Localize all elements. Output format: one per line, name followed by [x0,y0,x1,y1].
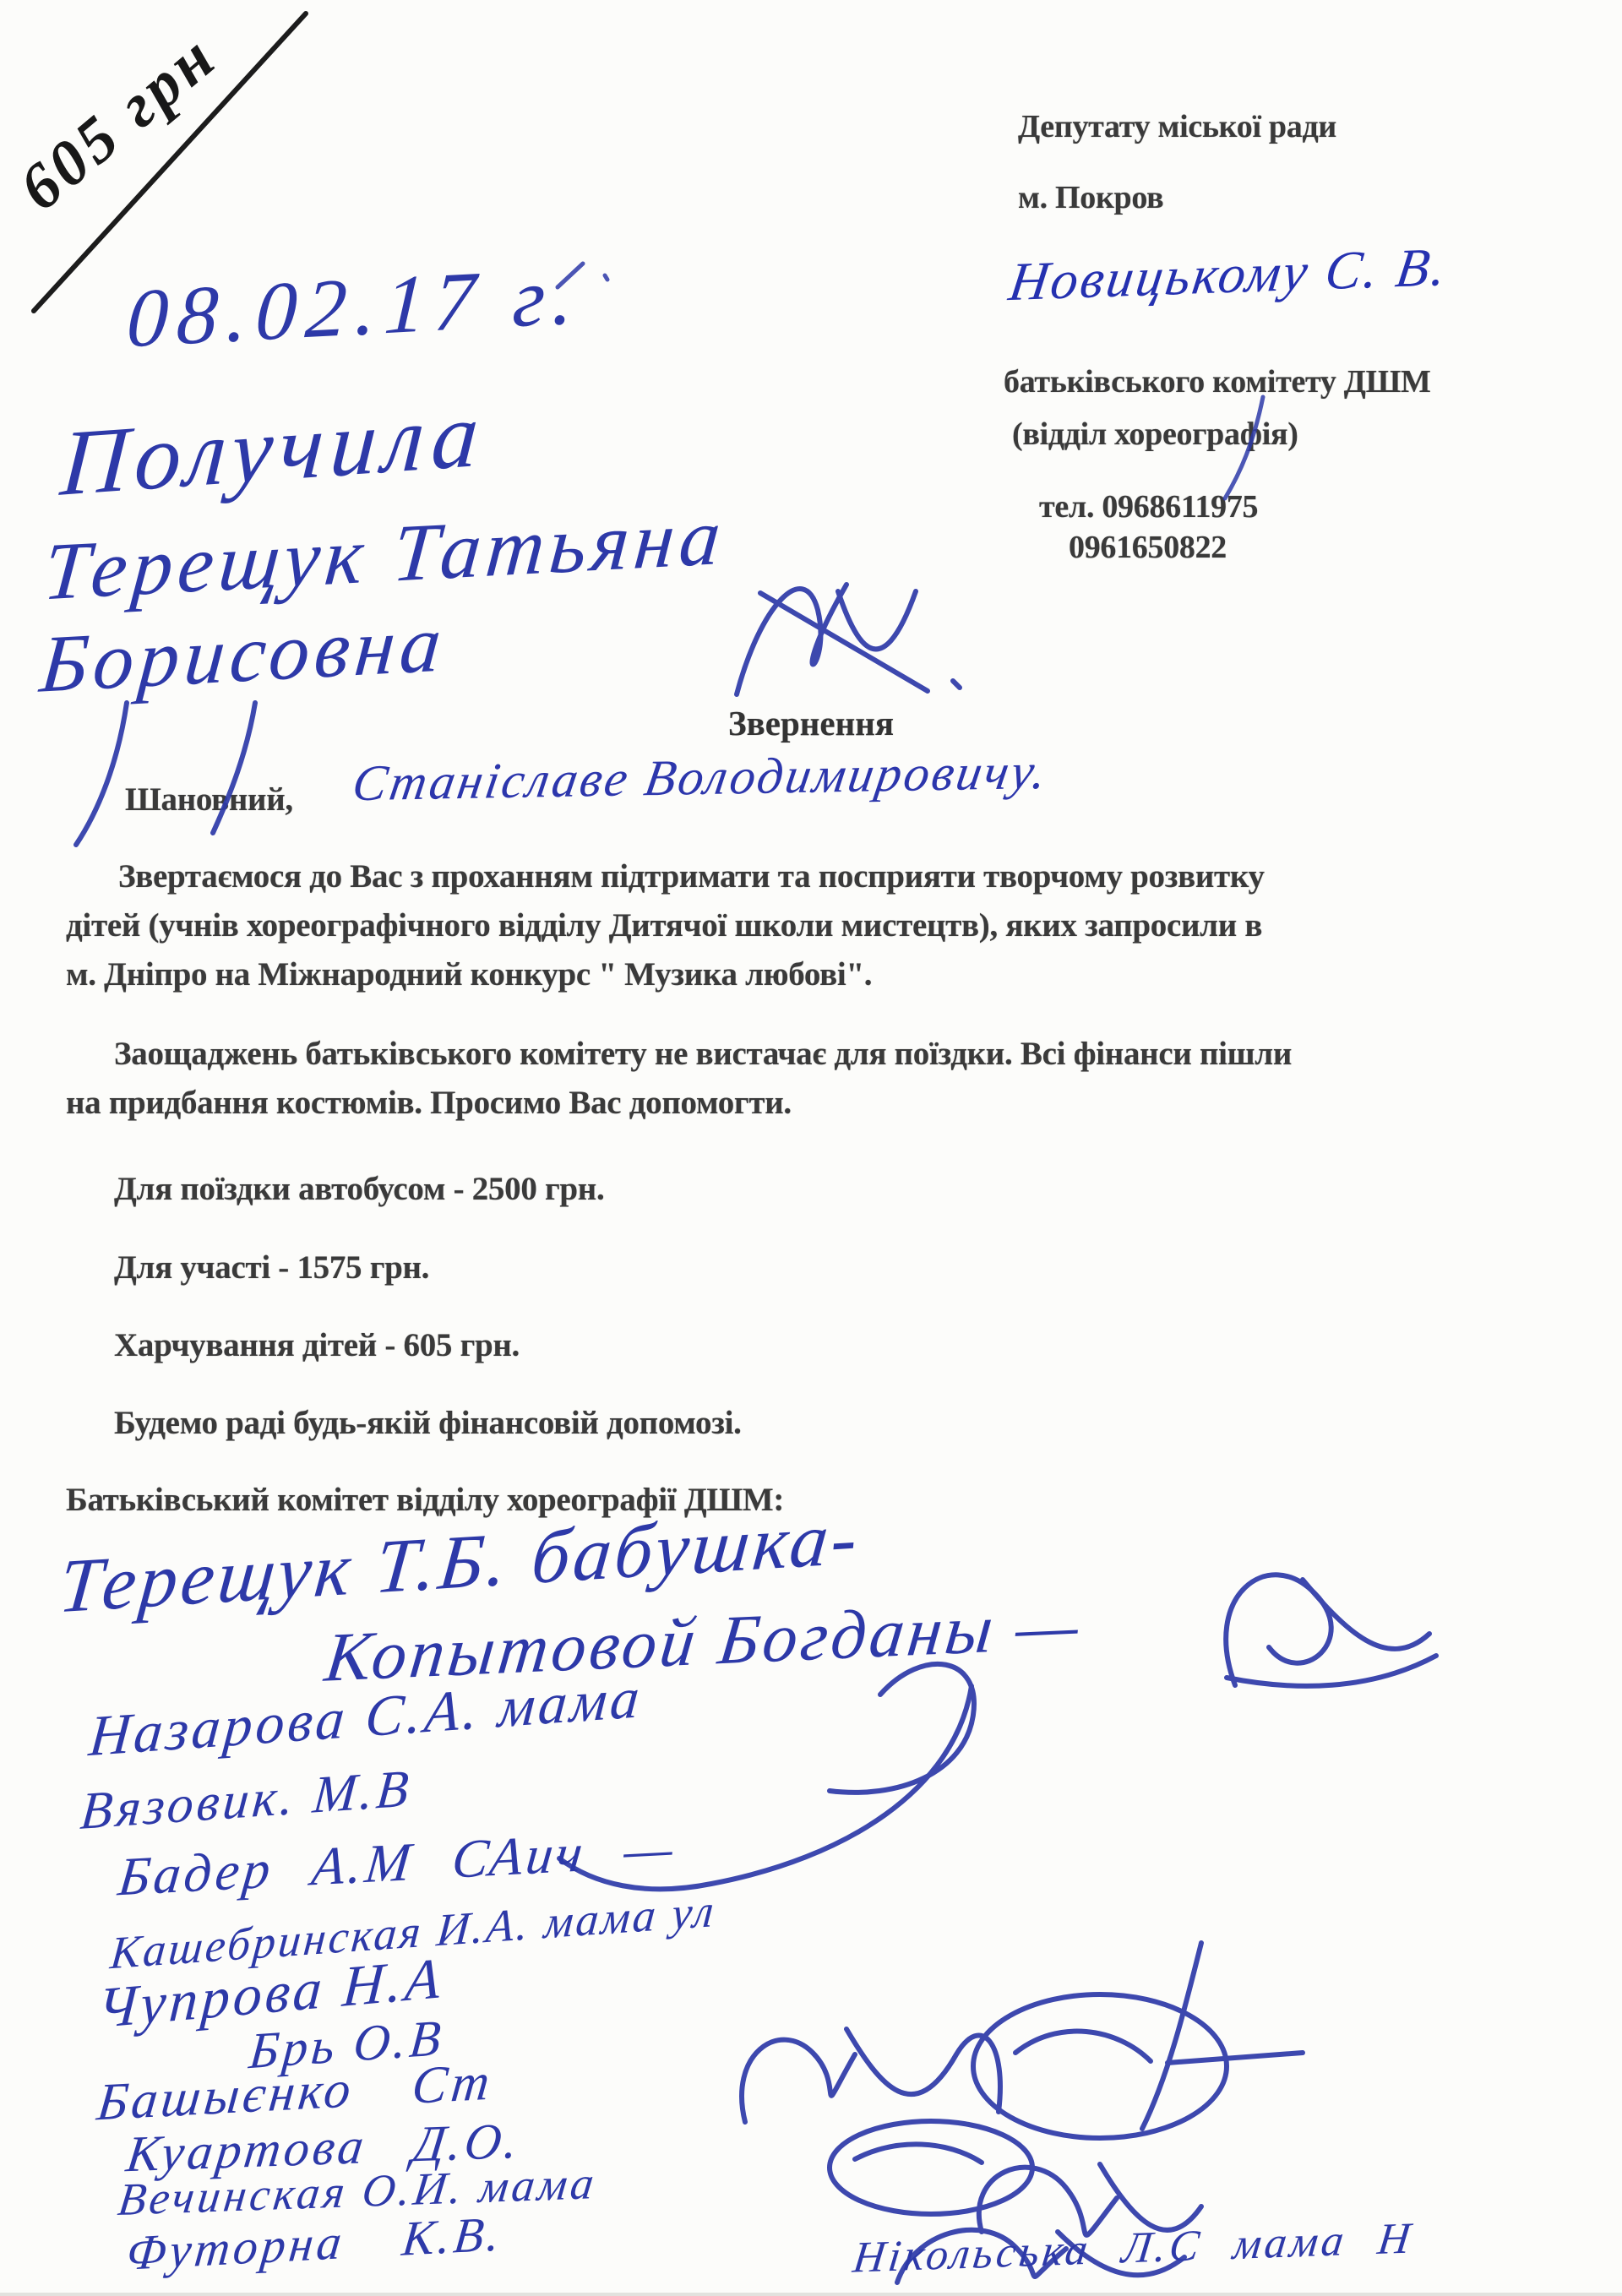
document-title: Звернення [0,703,1622,743]
recipient-phone-1: тел. 0968611975 [1039,488,1258,525]
paraph-row9 [742,2040,855,2122]
recipient-handwritten-name: Новицькому С. В. [1005,236,1452,314]
recipient-phone-2: 0961650822 [1069,529,1227,566]
cost-item-participation: Для участі - 1575 грн. [114,1249,429,1287]
receipt-line-received: Получила [57,380,489,518]
recipient-line-department: (відділ хореографія) [1012,416,1298,453]
paraph-row2 [1226,1575,1331,1685]
paraph-circled-row10 [830,2121,1032,2214]
paragraph1-line1: Звертаємося до Вас з проханням підтримат… [118,857,1265,895]
paragraph1-line2: дітей (учнів хореографічного відділу Дит… [66,906,1262,944]
recipient-line-deputy: Депутату міської ради [1018,108,1336,145]
paragraph2-line2: на придбання костюмів. Просимо Вас допом… [66,1084,792,1122]
salutation-handwritten-name: Станіславе Володимировичу. [349,743,1053,813]
paragraph1-line3: м. Дніпро на Міжнародний конкурс " Музик… [66,955,872,993]
cost-item-bus: Для поїздки автобусом - 2500 грн. [114,1170,604,1208]
cost-item-meals: Харчування дітей - 605 грн. [114,1326,520,1364]
paragraph2-line1: Заощаджень батьківського комітету не вис… [114,1035,1292,1073]
recipient-line-committee: батьківського комітету ДШМ [1004,363,1431,400]
receipt-date: 08.02.17 г. [124,248,584,367]
recipient-line-city: м. Покров [1018,179,1163,216]
closing-thanks-line: Будемо раді будь-якій фінансовій допомоз… [114,1404,742,1442]
paraph-circled-row7 [973,1994,1227,2138]
signature-line: Вязовик. М.В [78,1759,414,1842]
corner-amount-note: 605 грн [5,19,231,226]
scanned-letter-page: 605 грн 08.02.17 г. Получила Терещук Тат… [0,0,1622,2296]
paraph-row3 [830,1664,974,1793]
salutation-printed: Шановний, [125,781,293,819]
signature-line: Нікольська Л.С мама Н [851,2213,1417,2282]
